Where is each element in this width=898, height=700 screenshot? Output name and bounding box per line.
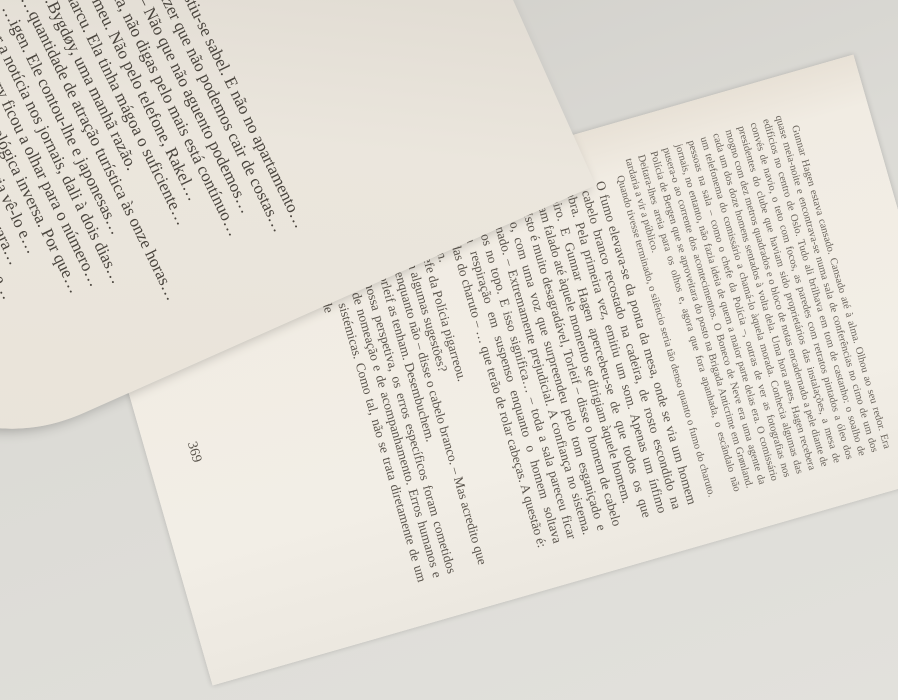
photo-scene: Gunnar Hagen estava cansado. Cansado até… bbox=[0, 0, 898, 700]
page-number: 369 bbox=[183, 440, 204, 465]
